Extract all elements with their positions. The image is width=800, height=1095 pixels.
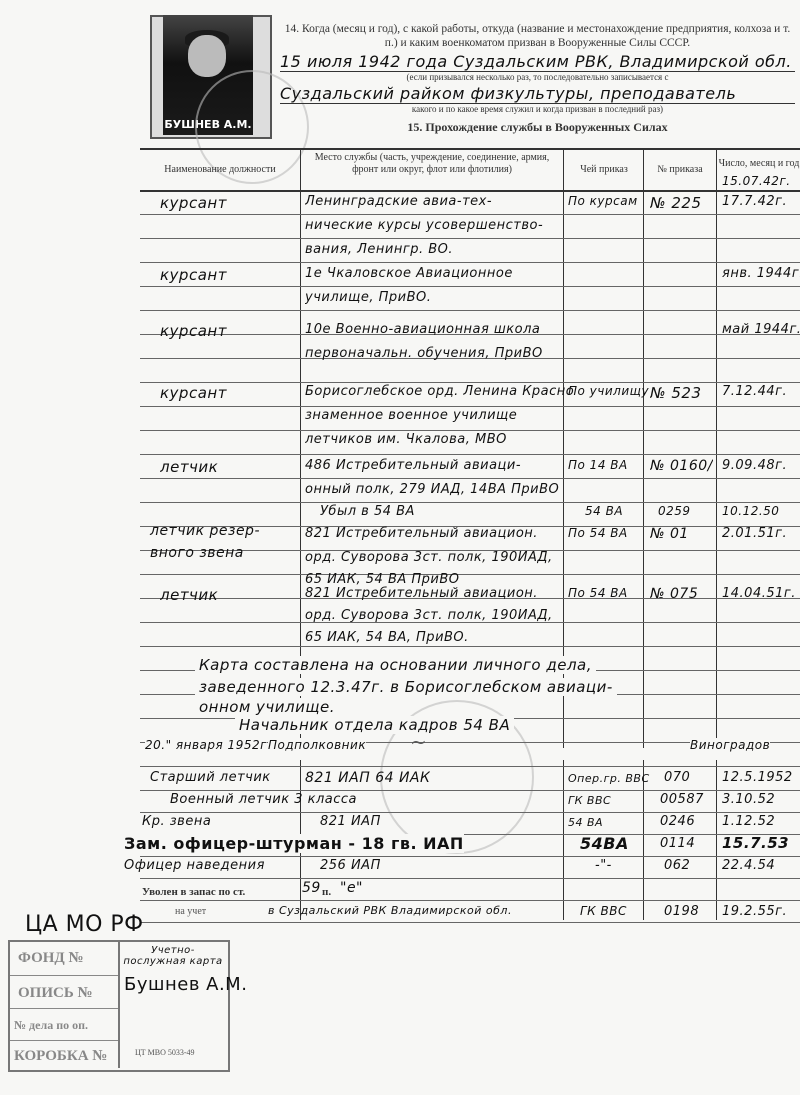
row-place-line: 821 Истребительный авиацион. <box>305 586 538 601</box>
row-place-line: Убыл в 54 ВА <box>320 504 415 519</box>
row-whose-order: По училищу <box>568 384 649 398</box>
later-row-date: 22.4.54 <box>722 858 775 873</box>
row-rule <box>140 286 800 287</box>
row-date: янв. 1944г. <box>722 266 800 281</box>
later-row-place: 821 ИАП 64 ИАК <box>305 770 430 786</box>
note-line: Карта составлена на основании личного де… <box>195 656 596 674</box>
row-rule <box>140 900 800 901</box>
header-place: Место службы (часть, учреждение, соедине… <box>302 152 562 176</box>
column-divider-4b <box>716 760 717 920</box>
signature-name: Виноградов <box>690 738 770 752</box>
later-row-place: 821 ИАП <box>320 814 381 829</box>
signature-scribble: ~ <box>410 730 427 754</box>
later-row-date: 12.5.1952 <box>722 770 793 785</box>
row-whose-order: По 54 ВА <box>568 526 628 540</box>
row-position: летчик <box>160 458 218 476</box>
row-position: курсант <box>160 384 227 402</box>
registration-label: на учет <box>175 906 206 917</box>
row-place-line: училище, ПриВО. <box>305 290 431 305</box>
later-row-position: Военный летчик 3 класса <box>170 792 357 807</box>
row-place-line: 65 ИАК, 54 ВА ПриВО <box>305 572 460 587</box>
archive-field: № дела по оп. <box>14 1018 88 1033</box>
row-date: 14.04.51г. <box>722 586 796 601</box>
row-rule <box>140 214 800 215</box>
row-place-line: первоначальн. обучения, ПриВО <box>305 346 543 361</box>
later-row-position: Офицер наведения <box>124 858 265 873</box>
archive-field: ОПИСЬ № <box>18 985 93 1002</box>
later-row-no: 0246 <box>660 814 695 829</box>
row-rule <box>140 454 800 455</box>
archive-name: Бушнев А.М. <box>124 974 247 995</box>
row-whose-order-2: 54 ВА <box>585 504 623 518</box>
header-whose-order: Чей приказ <box>565 164 643 176</box>
later-row-no: 062 <box>664 858 690 873</box>
row-rule <box>140 766 800 767</box>
section-14-title: 14. Когда (месяц и год), с какой работы,… <box>280 22 795 50</box>
row-place-line: 1е Чкаловское Авиационное <box>305 266 513 281</box>
later-row-whose: -"- <box>595 858 612 873</box>
discharge-point-label: п. <box>322 886 331 898</box>
row-place-line: орд. Суворова 3ст. полк, 190ИАД, <box>305 550 553 565</box>
section-14-note2: какого и по какое время служил и когда п… <box>280 104 795 114</box>
row-place-line: Борисоглебское орд. Ленина Красно <box>305 384 574 399</box>
discharge-article: 59 <box>302 880 321 896</box>
row-order-no: № 225 <box>650 194 702 212</box>
row-position: курсант <box>160 266 227 284</box>
archive-field: ФОНД № <box>18 950 84 967</box>
registration-date: 19.2.55г. <box>722 904 787 919</box>
row-rule <box>140 812 800 813</box>
row-rule <box>140 406 800 407</box>
row-whose-order: По 14 ВА <box>568 458 628 472</box>
registration-value: в Суздальский РВК Владимирской обл. <box>268 904 512 917</box>
row-position: курсант <box>160 194 227 212</box>
row-position: курсант <box>160 322 227 340</box>
row-order-no: № 0160/ <box>650 458 713 474</box>
row-date: 7.12.44г. <box>722 384 787 399</box>
row-order-no: № 075 <box>650 586 698 602</box>
row-place-line: вания, Ленингр. ВО. <box>305 242 453 257</box>
discharge-label: Уволен в запас по ст. <box>142 886 245 898</box>
row-rule <box>140 238 800 239</box>
row-position: летчик <box>160 586 218 604</box>
row-date: 2.01.51г. <box>722 526 787 541</box>
table-top-border <box>140 148 800 150</box>
registration-no: 0198 <box>664 904 699 919</box>
row-place-line: летчиков им. Чкалова, МВО <box>305 432 507 447</box>
row-rule <box>140 922 800 923</box>
later-row-date: 1.12.52 <box>722 814 775 829</box>
header-bottom-rule <box>140 190 800 192</box>
row-whose-order: По 54 ВА <box>568 586 628 600</box>
column-divider-2b <box>563 760 564 920</box>
archive-field: КОРОБКА № <box>14 1048 107 1065</box>
later-row-no: 0114 <box>660 836 695 851</box>
row-rule <box>140 262 800 263</box>
archive-rule <box>10 975 118 976</box>
row-rule <box>140 878 800 879</box>
portrait-face <box>188 35 226 77</box>
later-row-position: Старший летчик <box>150 770 271 785</box>
archive-form-code: ЦТ МВО 5033-49 <box>135 1048 195 1057</box>
row-place-line: Ленинградские авиа-тех- <box>305 194 492 209</box>
row-order-no: № 523 <box>650 384 702 402</box>
section-14-note1: (если призывался несколько раз, то после… <box>280 72 795 82</box>
section-14-line2: Суздальский райком физкультуры, преподав… <box>280 84 795 104</box>
row-position: летчик резер-вного звена <box>150 520 298 564</box>
later-row-place: 256 ИАП <box>320 858 381 873</box>
row-order-no-2: 0259 <box>658 504 691 518</box>
row-place-line: знаменное военное училище <box>305 408 517 423</box>
section-15-title: 15. Прохождение службы в Вооруженных Сил… <box>280 120 795 135</box>
row-place-line: 486 Истребительный авиаци- <box>305 458 521 473</box>
row-rule <box>140 646 800 647</box>
later-row-date: 3.10.52 <box>722 792 775 807</box>
row-order-no: № 01 <box>650 526 689 542</box>
later-row-position: Зам. офицер-штурман - 18 гв. ИАП <box>124 834 464 853</box>
signature-rank: Подполковник <box>268 738 366 752</box>
row-date: 9.09.48г. <box>722 458 787 473</box>
row-rule <box>140 382 800 383</box>
note-line: Начальник отдела кадров 54 ВА <box>235 716 514 734</box>
row-whose-order: По курсам <box>568 194 638 208</box>
section-14-line1: 15 июля 1942 года Суздальским РВК, Влади… <box>280 52 795 72</box>
header-date: Число, месяц и год <box>718 158 800 170</box>
archive-rule <box>10 1040 118 1041</box>
row-rule <box>140 790 800 791</box>
header-position: Наименование должности <box>140 164 300 176</box>
row-place-line: 65 ИАК, 54 ВА, ПриВО. <box>305 630 469 645</box>
discharge-point: "е" <box>340 880 363 896</box>
row-rule <box>140 502 800 503</box>
row-rule <box>140 478 800 479</box>
later-row-position: Кр. звена <box>142 814 211 829</box>
note-line: онном училище. <box>195 698 339 716</box>
row-rule <box>140 310 800 311</box>
later-row-date: 15.7.53 <box>722 834 789 852</box>
later-row-whose: 54ВА <box>580 834 629 853</box>
header-date-note: 15.07.42г. <box>722 174 791 188</box>
header-order-no: № приказа <box>645 164 715 176</box>
row-rule <box>140 430 800 431</box>
note-line: заведенного 12.3.47г. в Борисоглебском а… <box>195 678 617 696</box>
signature-date: 20." января 1952г <box>145 738 267 752</box>
row-date-2: 10.12.50 <box>722 504 779 518</box>
later-row-whose: ГК ВВС <box>568 794 611 807</box>
later-row-no: 00587 <box>660 792 704 807</box>
archive-doc-type: Учетно-послужная карта <box>120 945 226 967</box>
row-place-line: 821 Истребительный авиацион. <box>305 526 538 541</box>
later-row-no: 070 <box>664 770 690 785</box>
row-place-line: онный полк, 279 ИАД, 14ВА ПриВО <box>305 482 559 497</box>
archive-title: ЦА МО РФ <box>25 912 144 937</box>
later-row-whose: 54 ВА <box>568 816 603 829</box>
row-rule <box>140 856 800 857</box>
archive-rule <box>10 1008 118 1009</box>
row-rule <box>140 574 800 575</box>
row-place-line: орд. Суворова 3ст. полк, 190ИАД, <box>305 608 553 623</box>
row-place-line: 10е Военно-авиационная школа <box>305 322 540 337</box>
registration-whose: ГК ВВС <box>580 904 627 918</box>
row-date: май 1944г. <box>722 322 800 337</box>
row-place-line: нические курсы усовершенство- <box>305 218 543 233</box>
later-row-whose: Опер.гр. ВВС <box>568 772 650 785</box>
row-date: 17.7.42г. <box>722 194 787 209</box>
